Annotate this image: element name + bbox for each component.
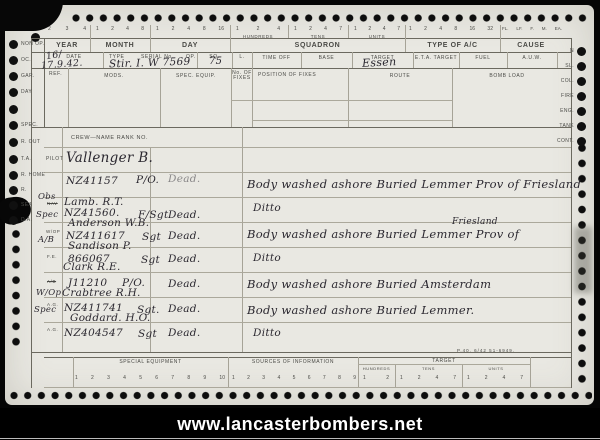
margin-row: SEA [9,200,32,210]
grid-line [68,68,69,128]
grid-line [500,25,501,52]
margin-row: OC. [9,55,31,65]
punch-hole [9,40,18,49]
day-header: DAY [150,42,230,49]
margin-row: R. OUT [9,137,40,147]
grid-line [413,52,414,68]
sources-of-information-label: SOURCES OF INFORMATION [228,359,358,365]
spec-equip-label: SPEC. EQUIP. [160,73,232,79]
crew-fate: Dead. [168,253,200,265]
margin-row: ENG. [543,106,586,116]
sources-numbers: 1 2 3 4 5 6 7 8 9 [232,375,356,381]
punch-hole [9,56,18,65]
grid-line [103,52,104,68]
side-label: SPEC. [21,122,38,128]
margin-row: COL. [543,76,586,86]
punch-hole [9,88,18,97]
remark: Ditto [253,327,281,339]
punch-hole [577,122,586,131]
crew-rank: Sgt [142,231,161,243]
margin-row: R. [9,185,27,195]
remark: Ditto [253,252,281,264]
side-label: SL. [543,63,574,69]
margin-row: FIRE [543,91,586,101]
side-label: FIRE [543,93,574,99]
punch-hole [9,201,18,210]
crew-rank: Sgt [138,328,157,340]
punch-hole [9,105,18,114]
crew-fate: Dead. [168,303,200,315]
margin-row [9,104,21,114]
grid-line [358,364,530,365]
punch-hole [577,107,586,116]
punch-hole [9,121,18,130]
crew-name: Sandison P. [68,240,132,252]
grid-line [232,52,233,68]
side-label: COL. [543,78,574,84]
type-scale: 1 2 4 8 16 32 [409,26,493,32]
squadron-tens-scale: 1 2 4 7 [294,26,342,32]
pilot-label: PILOT [46,156,63,162]
grid-line [44,172,571,173]
punch-holes-left-lower [10,227,22,349]
grid-line [231,100,452,101]
target-hundreds-label: HUNDREDS [358,366,395,371]
base-label: BASE [301,55,352,61]
punch-hole [577,77,586,86]
remark: Body washed ashore Buried Lemmer Prov of [247,227,519,241]
time-off-label: TIME OFF [252,55,301,61]
fe-position-label: F.E. [47,254,57,259]
type-of-ac-header: TYPE OF A/C [405,42,500,49]
mods-label: MODS. [68,73,160,79]
special-equipment-numbers: 1 2 3 4 5 6 7 8 9 10 [75,375,225,381]
remark: Ditto [253,202,281,214]
crew-fate: Dead. [168,173,200,185]
target-units-label: UNITS [462,366,530,371]
position-of-fixes-label: POSITION OF FIXES [258,72,316,78]
crew-name: Vallenger B. [66,150,153,166]
target-section-label: TARGET [358,358,530,364]
grid-line [348,68,349,128]
target-value-handwriting: Essen [362,55,397,70]
crew-name: Crabtree R.H. [62,287,141,299]
remark: Body washed ashore Buried Lemmer Prov of… [247,177,581,191]
route-label: ROUTE [348,73,452,79]
position-handwriting: W/Op [36,288,61,298]
target-tens-label: TENS [395,366,462,371]
side-label: OC. [21,57,31,63]
punch-holes-top [70,12,592,24]
position-handwriting: Obs [38,192,56,202]
grid-line [44,272,571,273]
position-handwriting: Spec [34,305,56,315]
margin-row: N [543,46,586,56]
crew-fate: Dead. [168,327,200,339]
position-handwriting: Spec [36,210,58,220]
side-label: DAY [21,89,32,95]
grid-line [230,25,231,52]
margin-row: SL. [543,61,586,71]
target-tens-numbers: 1 2 4 7 [400,375,456,381]
margin-row: DAY [9,87,32,97]
crew-name: Goddard. H.O. [70,312,151,324]
scan-smudge [574,227,592,293]
crew-name: Anderson W.B. [68,217,149,229]
grid-line [242,127,243,352]
grid-line [405,25,406,52]
scanned-loss-card-image: 2 3 4 1 2 4 8 1 2 4 8 16 1 2 4 1 2 4 7 1… [0,0,600,440]
year-header: YEAR [44,42,90,49]
special-equipment-label: SPECIAL EQUIPMENT [73,359,228,365]
side-label: D.A. [21,217,32,223]
remark: Body washed ashore Buried Lemmer. [247,303,474,317]
punch-hole [577,92,586,101]
side-label: R. OUT [21,139,40,145]
side-label: R. [21,187,27,193]
side-label: ENG. [543,108,574,114]
side-label: CONT. [543,138,574,144]
remark-insert: Friesland [452,217,498,227]
grid-line [31,127,571,128]
grid-line [252,52,253,128]
crew-name: Clark R.E. [63,261,121,273]
crew-fate: Dead. [168,230,200,242]
grid-line [160,68,161,128]
grid-line [44,387,571,388]
punch-hole [577,137,586,146]
side-label: N [543,48,574,54]
punch-hole [9,216,18,225]
side-label: NON OP. [21,41,44,47]
ref-label: REF. [49,71,62,77]
no-of-fixes-label: No. OF FIXES [231,71,253,81]
month-scale: 1 2 4 8 [96,26,144,32]
ag-position-label: A.G. [47,327,58,332]
grid-line [288,25,289,38]
punch-hole [9,171,18,180]
grid-line [507,52,508,68]
grid-line [459,52,460,68]
target-units-numbers: 1 2 4 7 [467,375,523,381]
day-scale: 1 2 4 8 16 [156,26,224,32]
month-header: MONTH [90,42,150,49]
crew-number: NZ404547 [64,327,123,339]
punch-hole [9,155,18,164]
punch-hole [9,186,18,195]
loss-card-paper: 2 3 4 1 2 4 8 1 2 4 8 16 1 2 4 1 2 4 7 1… [5,5,594,405]
grid-line [348,25,349,38]
squadron-units-scale: 1 2 4 7 [354,26,400,32]
crew-rank: Sgt [141,254,160,266]
wop-position-label: W/OP [46,229,60,234]
target-hundreds-numbers: 1 2 [363,375,389,381]
squadron-value-handwriting: 75 [209,56,222,67]
grid-line [301,52,302,68]
year-scale: 2 3 4 [48,26,86,32]
punch-holes-bottom [8,389,592,402]
grid-line [352,52,353,68]
crew-fate: Dead. [168,209,200,221]
position-handwriting: A/B [38,235,54,245]
margin-row: NON OP. [9,39,44,49]
crew-rank: P/O. [136,174,159,186]
eta-target-label: E.T.A. TARGET [413,55,459,61]
cause-scale: FL. LF. F. M. EA. [502,26,562,31]
margin-row: TANK [543,121,586,131]
l-label: L. [232,54,252,60]
remark: Body washed ashore Buried Amsterdam [247,277,491,291]
margin-row: CONT. [543,136,586,146]
punch-hole [9,72,18,81]
crew-number: NZ41157 [66,175,118,187]
grid-line [530,357,531,387]
side-label: TANK [543,123,574,129]
grid-line [90,25,91,52]
grid-line [150,25,151,52]
watermark-text: www.lancasterbombers.net [177,414,422,435]
side-label: T.A. [21,156,31,162]
grid-line [231,68,232,128]
watermark-bar: www.lancasterbombers.net [0,408,600,440]
margin-row: D.A. [9,215,32,225]
punch-hole [9,138,18,147]
margin-row: R. HOME [9,170,45,180]
grid-line [452,68,453,128]
grid-line [197,52,198,68]
grid-line [44,147,571,148]
bottom-edge-line [0,438,600,439]
crew-fate: Dead. [168,278,200,290]
grid-line [31,38,571,39]
crew-name-rank-header: CREW—NAME RANK NO. [71,135,148,141]
margin-row: GAR. [9,71,35,81]
grid-line [252,120,452,121]
punch-hole [577,47,586,56]
side-label: R. HOME [21,172,45,178]
margin-row: SPEC. [9,120,38,130]
squadron-header: SQUADRON [230,42,405,49]
side-label: SEA [21,202,32,208]
fuel-label: FUEL [459,55,507,61]
margin-row: T.A. [9,154,31,164]
form-code: P.40. 6/42 51-6949. [457,348,515,353]
ab-position-label: A/B [47,279,56,284]
punch-hole [577,62,586,71]
side-label: GAR. [21,73,35,79]
squadron-hundreds-scale: 1 2 4 [236,26,280,32]
date-value-handwriting: 17.9.42. [41,58,83,72]
